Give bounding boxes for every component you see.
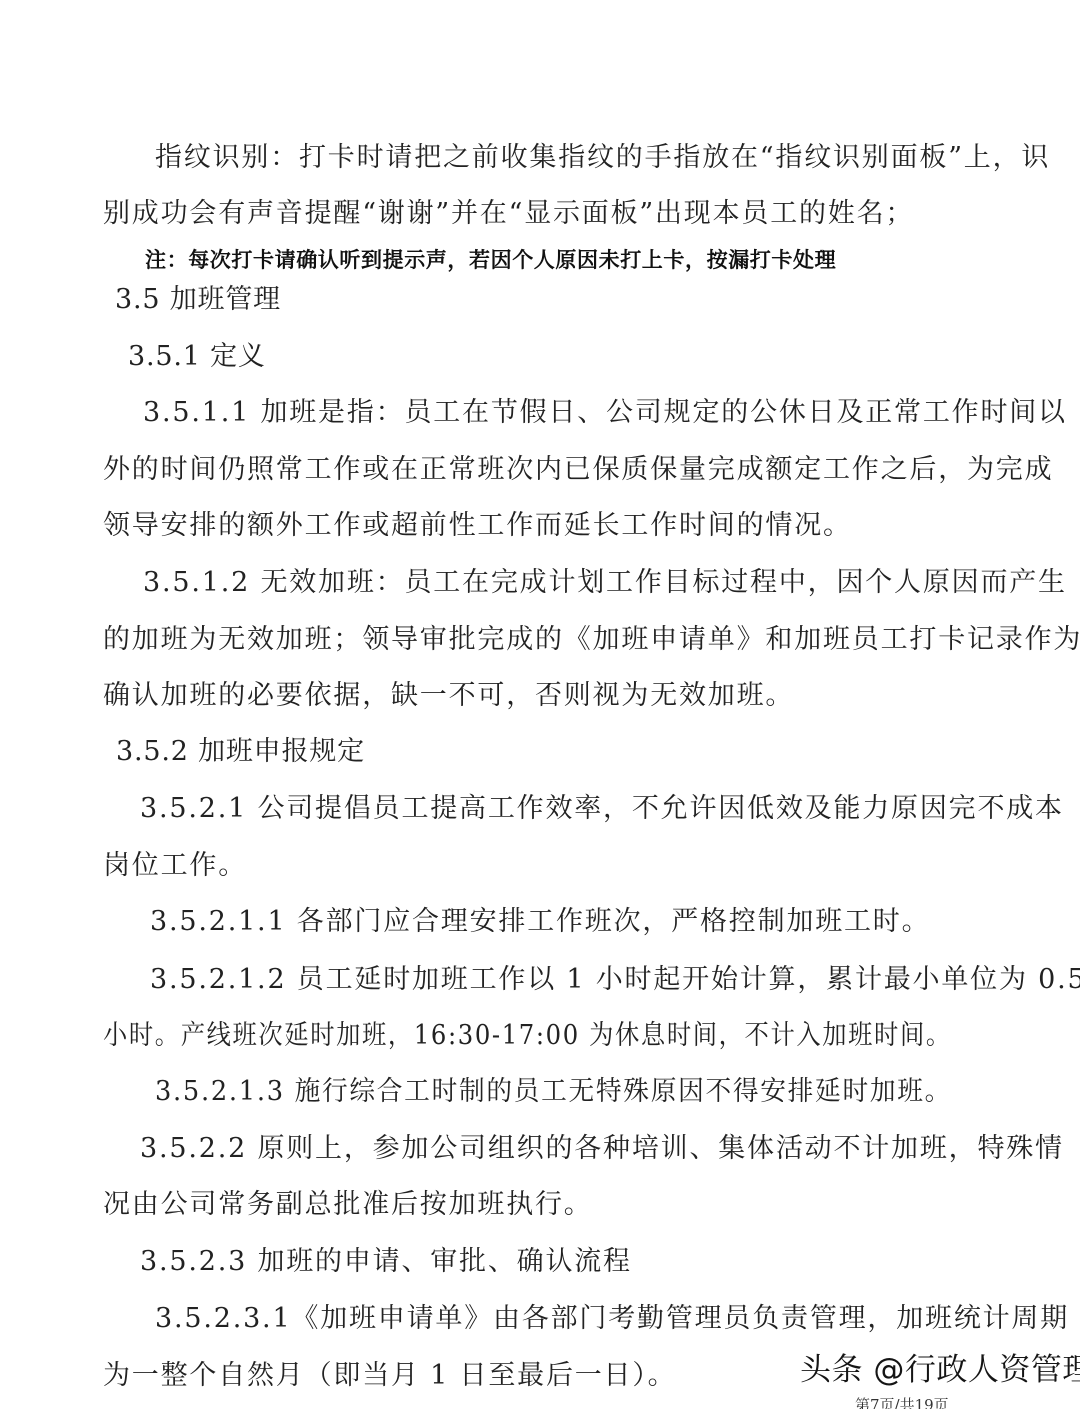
paragraph-line: 为一整个自然月（即当月 1 日至最后一日）。	[103, 1359, 676, 1393]
paragraph-line: 3.5.1.1 加班是指：员工在节假日、公司规定的公休日及正常工作时间以	[143, 396, 950, 430]
paragraph-line: 小时。产线班次延时加班，16:30-17:00 为休息时间，不计入加班时间。	[103, 1019, 952, 1053]
watermark: 头条 @行政人资管理	[800, 1350, 1080, 1390]
paragraph-line: 3.5.2.1.2 员工延时加班工作以 1 小时起开始计算，累计最小单位为 0.…	[150, 963, 950, 997]
paragraph-line: 3.5.2.3.1《加班申请单》由各部门考勤管理员负责管理，加班统计周期	[155, 1302, 950, 1336]
paragraph-line: 别成功会有声音提醒“谢谢”并在“显示面板”出现本员工的姓名；	[103, 197, 914, 231]
paragraph-line: 指纹识别：打卡时请把之前收集指纹的手指放在“指纹识别面板”上，识	[155, 141, 950, 175]
note-line: 注：每次打卡请确认听到提示声，若因个人原因未打上卡，按漏打卡处理	[145, 243, 836, 277]
paragraph-line: 3.5.2.2 原则上，参加公司组织的各种培训、集体活动不计加班，特殊情	[140, 1132, 950, 1166]
document-page: 指纹识别：打卡时请把之前收集指纹的手指放在“指纹识别面板”上，识别成功会有声音提…	[0, 0, 1080, 1409]
paragraph-line: 领导安排的额外工作或超前性工作而延长工作时间的情况。	[103, 509, 852, 543]
paragraph-line: 3.5.2.3 加班的申请、审批、确认流程	[140, 1245, 632, 1279]
page-number: 第7页/共19页	[855, 1395, 949, 1409]
section-heading: 3.5 加班管理	[115, 283, 281, 317]
paragraph-line: 岗位工作。	[103, 849, 247, 883]
paragraph-line: 3.5.2.1.3 施行综合工时制的员工无特殊原因不得安排延时加班。	[155, 1075, 952, 1109]
paragraph-line: 的加班为无效加班；领导审批完成的《加班申请单》和加班员工打卡记录作为	[103, 623, 950, 657]
paragraph-line: 确认加班的必要依据，缺一不可，否则视为无效加班。	[103, 679, 794, 713]
paragraph-line: 3.5.2.1 公司提倡员工提高工作效率，不允许因低效及能力原因完不成本	[140, 792, 950, 826]
paragraph-line: 3.5.1.2 无效加班：员工在完成计划工作目标过程中，因个人原因而产生	[143, 566, 950, 600]
paragraph-line: 3.5.2.1.1 各部门应合理安排工作班次，严格控制加班工时。	[150, 905, 930, 939]
section-heading: 3.5.2 加班申报规定	[116, 735, 365, 769]
paragraph-line: 外的时间仍照常工作或在正常班次内已保质保量完成额定工作之后，为完成	[103, 453, 950, 487]
paragraph-line: 况由公司常务副总批准后按加班执行。	[103, 1188, 593, 1222]
section-heading: 3.5.1 定义	[128, 340, 266, 374]
